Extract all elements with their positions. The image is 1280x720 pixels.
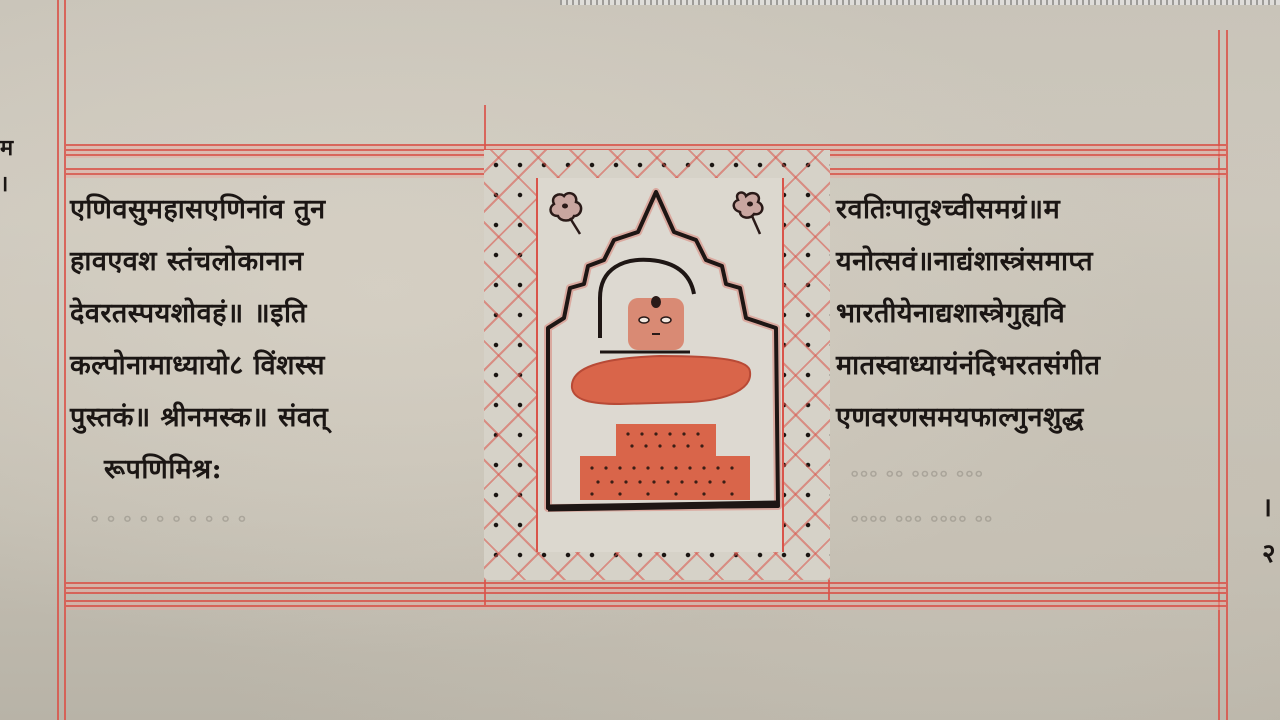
text-line: रूपणिमिश्र: [70, 444, 328, 496]
central-illustration-panel [484, 150, 830, 580]
text-line: मातस्वाध्यायंनंदिभरतसंगीत [836, 340, 1101, 392]
left-text-column: एणिवसुमहासएणिनांव तुन हावएवश स्तंचलोकाना… [70, 184, 328, 496]
text-line: भारतीयेनाद्यशास्त्रेगुह्यवि [836, 288, 1101, 340]
folded-legs [572, 356, 750, 404]
left-edge-glyphs: म । [0, 130, 13, 202]
right-margin-rule [1218, 30, 1220, 720]
bleed-through-text-left: ॰ ॰ ॰ ॰ ॰ ॰ ॰ ॰ ॰ ॰ [90, 500, 247, 544]
bleed-through-text-right: ॰॰॰ ॰॰ ॰॰॰॰ ॰॰॰ [850, 455, 983, 499]
text-line: हावएवश स्तंचलोकानान [70, 236, 328, 288]
left-margin-rule-inner [64, 0, 66, 720]
text-line: एणिवसुमहासएणिनांव तुन [70, 184, 328, 236]
right-margin-rule-inner [1226, 30, 1228, 720]
text-line: रवतिःपातुश्च्वीसमग्रं॥म [836, 184, 1101, 236]
text-line: पुस्तकं॥ श्रीनमस्क॥ संवत् [70, 392, 328, 444]
text-line: यनोत्सवं॥नाद्यंशास्त्रंसमाप्त [836, 236, 1101, 288]
pedestal-lower [580, 456, 750, 500]
left-margin-rule [57, 0, 59, 720]
right-text-column: रवतिःपातुश्च्वीसमग्रं॥म यनोत्सवं॥नाद्यंश… [836, 184, 1101, 444]
binding-edge [560, 0, 1280, 5]
jina-shrine-illustration [540, 188, 784, 518]
text-line: देवरतस्पयशोवहं॥ ॥इति [70, 288, 328, 340]
text-line: कल्पोनामाध्यायो८ विंशस्स [70, 340, 328, 392]
text-line: एणवरणसमयफाल्गुनशुद्ध [836, 392, 1101, 444]
manuscript-page: ॰ ॰ ॰ ॰ ॰ ॰ ॰ ॰ ॰ ॰ ॰॰॰ ॰॰ ॰॰॰॰ ॰॰॰ ॰॰॰॰… [0, 0, 1280, 720]
bleed-through-text-right-2: ॰॰॰॰ ॰॰॰ ॰॰॰॰ ॰॰ [850, 500, 993, 544]
bottom-ruling-band-2 [66, 600, 1226, 610]
bottom-ruling-band [66, 582, 1226, 594]
right-edge-glyphs: । २ [1262, 485, 1276, 577]
